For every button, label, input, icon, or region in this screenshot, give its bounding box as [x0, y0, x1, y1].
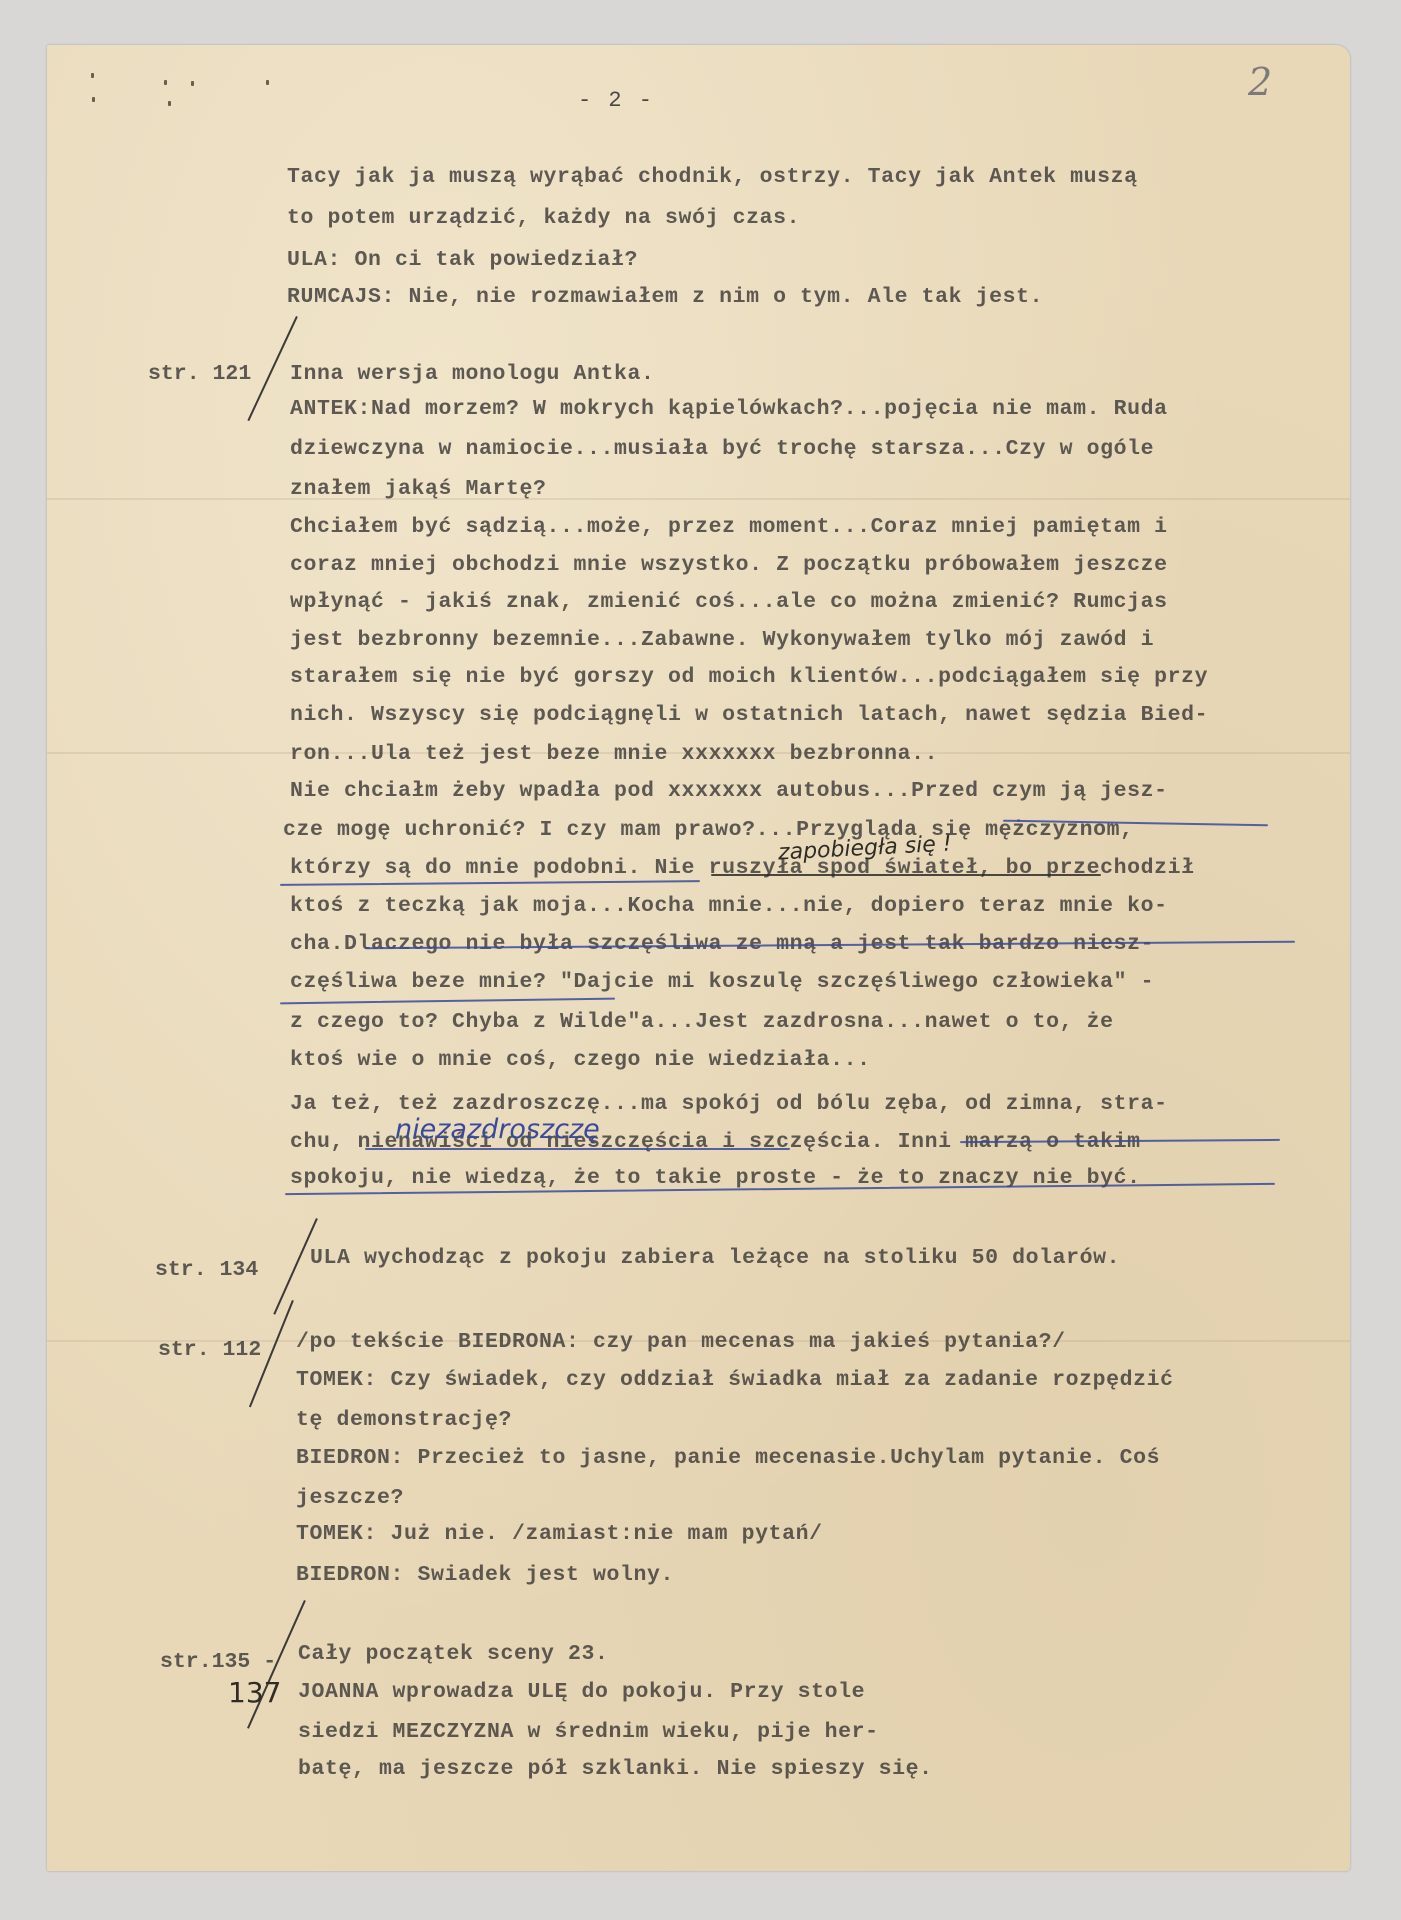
- page-reference-label: str. 112: [158, 1338, 261, 1362]
- text-line: siedzi MEZCZYZNA w średnim wieku, pije h…: [298, 1720, 879, 1744]
- text-line: z czego to? Chyba z Wilde"a...Jest zazdr…: [290, 1010, 1114, 1034]
- text-line: ron...Ula też jest beze mnie xxxxxxx bez…: [290, 742, 938, 766]
- blue-strikethrough: [365, 1148, 790, 1150]
- text-line: Nie chciałm żeby wpadła pod xxxxxxx auto…: [290, 779, 1168, 803]
- page-reference-label: str. 121: [148, 362, 251, 386]
- text-line: coraz mniej obchodzi mnie wszystko. Z po…: [290, 553, 1168, 577]
- text-line: /po tekście BIEDRONA: czy pan mecenas ma…: [296, 1330, 1066, 1354]
- text-line: Ja też, też zazdroszczę...ma spokój od b…: [290, 1092, 1168, 1116]
- pin-hole: [91, 73, 94, 78]
- text-line: JOANNA wprowadza ULĘ do pokoju. Przy sto…: [298, 1680, 865, 1704]
- text-line: tę demonstrację?: [296, 1408, 512, 1432]
- handwritten-page-number: 2: [1248, 60, 1272, 104]
- typed-page-number: - 2 -: [578, 88, 654, 113]
- text-line: Tacy jak ja muszą wyrąbać chodnik, ostrz…: [287, 165, 1138, 189]
- text-line: Inna wersja monologu Antka.: [290, 362, 655, 386]
- text-line: batę, ma jeszcze pół szklanki. Nie spies…: [298, 1757, 933, 1781]
- text-line: Cały początek sceny 23.: [298, 1642, 609, 1666]
- pin-hole: [168, 101, 171, 106]
- text-line: jest bezbronny bezemnie...Zabawne. Wykon…: [290, 628, 1154, 652]
- text-line: dziewczyna w namiocie...musiała być troc…: [290, 437, 1154, 461]
- black-strikethrough: [711, 874, 1101, 876]
- pin-hole: [164, 80, 167, 85]
- handwritten-correction: niezazdroszczę: [395, 1114, 600, 1145]
- text-line: wpłynąć - jakiś znak, zmienić coś...ale …: [290, 590, 1168, 614]
- text-line: znałem jakąś Martę?: [290, 477, 547, 501]
- pin-hole: [191, 81, 194, 86]
- text-line: Chciałem być sądzią...może, przez moment…: [290, 515, 1168, 539]
- paper-fold: [47, 498, 1350, 500]
- text-line: którzy są do mnie podobni. Nie ruszyła s…: [290, 856, 1195, 880]
- text-line: ANTEK:Nad morzem? W mokrych kąpielówkach…: [290, 397, 1168, 421]
- text-line: TOMEK: Już nie. /zamiast:nie mam pytań/: [296, 1522, 823, 1546]
- text-line: ULA: On ci tak powiedział?: [287, 248, 638, 272]
- text-line: jeszcze?: [296, 1486, 404, 1510]
- text-line: RUMCAJS: Nie, nie rozmawiałem z nim o ty…: [287, 285, 1043, 309]
- page-reference-label: str. 134: [155, 1258, 258, 1282]
- text-line: to potem urządzić, każdy na swój czas.: [287, 206, 800, 230]
- text-line: ktoś z teczką jak moja...Kocha mnie...ni…: [290, 894, 1168, 918]
- text-line: BIEDRON: Swiadek jest wolny.: [296, 1563, 674, 1587]
- paper-sheet: [47, 45, 1350, 1871]
- text-line: TOMEK: Czy świadek, czy oddział świadka …: [296, 1368, 1174, 1392]
- text-line: ktoś wie o mnie coś, czego nie wiedziała…: [290, 1048, 871, 1072]
- text-line: BIEDRON: Przecież to jasne, panie mecena…: [296, 1446, 1160, 1470]
- pin-hole: [92, 97, 95, 102]
- handwritten-page-reference: 137: [228, 1676, 281, 1709]
- text-line: nich. Wszyscy się podciągnęli w ostatnic…: [290, 703, 1208, 727]
- text-line: starałem się nie być gorszy od moich kli…: [290, 665, 1208, 689]
- text-line: częśliwa beze mnie? "Dajcie mi koszulę s…: [290, 970, 1154, 994]
- text-line: ULA wychodząc z pokoju zabiera leżące na…: [310, 1246, 1120, 1270]
- page-reference-label: str.135 -: [160, 1650, 276, 1674]
- pin-hole: [266, 80, 269, 85]
